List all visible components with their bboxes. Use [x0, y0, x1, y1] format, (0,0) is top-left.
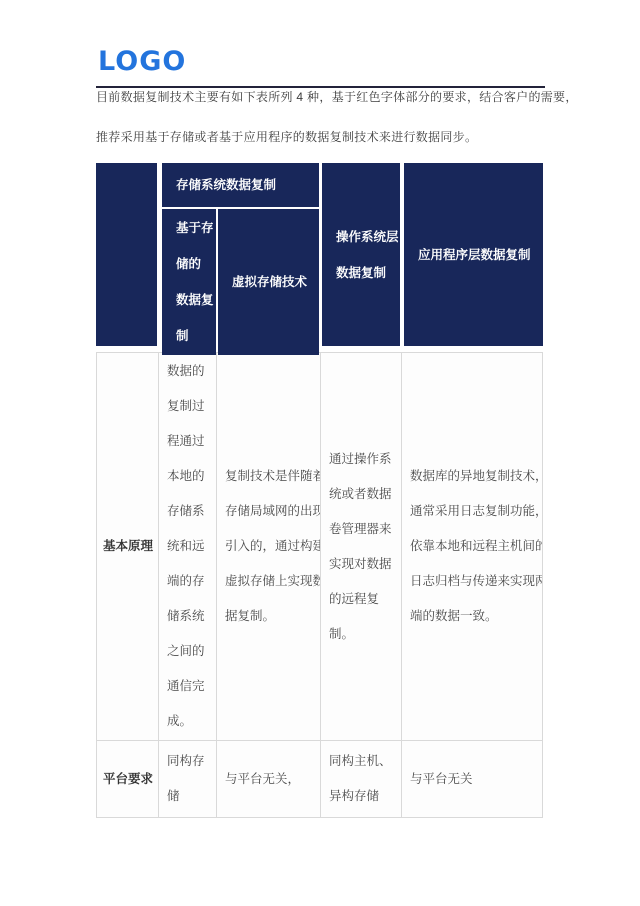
header-cell-empty: [96, 163, 157, 346]
cell-principle-app-layer: 数据库的异地复制技术， 通常采用日志复制功能， 依靠本地和远程主机间的 日志归档…: [402, 353, 542, 740]
header-label-storage-based: 基于存 储的 数据复 制: [162, 210, 214, 354]
header-cell-storage-system-group: 存储系统数据复制: [162, 163, 319, 207]
intro-paragraph: 目前数据复制技术主要有如下表所列 4 种，基于红色字体部分的要求，结合客户的需要…: [96, 77, 556, 157]
cell-principle-os-layer: 通过操作系 统或者数据 卷管理器来 实现对数据 的远程复 制。: [321, 353, 401, 740]
header-cell-os-layer: 操作系统层 数据复制: [322, 163, 400, 346]
header-label-virtual-storage: 虚拟存储技术: [218, 264, 307, 300]
logo: LOGO: [98, 46, 186, 77]
row-label-basic-principle: 基本原理: [97, 353, 158, 740]
header-label-app-layer: 应用程序层数据复制: [404, 237, 531, 273]
header-cell-app-layer: 应用程序层数据复制: [404, 163, 543, 346]
row-label-platform-requirement: 平台要求: [97, 741, 158, 817]
header-label-os-layer: 操作系统层 数据复制: [322, 219, 399, 291]
cell-principle-storage-based: 数据的 复制过 程通过 本地的 存储系 统和远 端的存 储系统 之间的 通信完 …: [159, 353, 216, 740]
replication-table-body: 基本原理 数据的 复制过 程通过 本地的 存储系 统和远 端的存 储系统 之间的…: [96, 352, 543, 818]
cell-platform-storage-based: 同构存 储: [159, 741, 216, 817]
header-cell-virtual-storage: 虚拟存储技术: [218, 209, 319, 355]
header-label-storage-system-group: 存储系统数据复制: [162, 167, 276, 203]
cell-platform-virtual-storage: 与平台无关，: [217, 741, 320, 817]
cell-principle-virtual-storage: 复制技术是伴随着 存储局域网的出现 引入的，通过构建 虚拟存储上实现数 据复制。: [217, 353, 320, 740]
document-page: LOGO 目前数据复制技术主要有如下表所列 4 种，基于红色字体部分的要求，结合…: [0, 0, 640, 906]
replication-table-header: 存储系统数据复制 基于存 储的 数据复 制 虚拟存储技术 操作系统层 数据复制 …: [96, 163, 543, 355]
cell-platform-app-layer: 与平台无关: [402, 741, 542, 817]
cell-platform-os-layer: 同构主机、 异构存储: [321, 741, 401, 817]
header-cell-storage-based: 基于存 储的 数据复 制: [162, 209, 216, 355]
